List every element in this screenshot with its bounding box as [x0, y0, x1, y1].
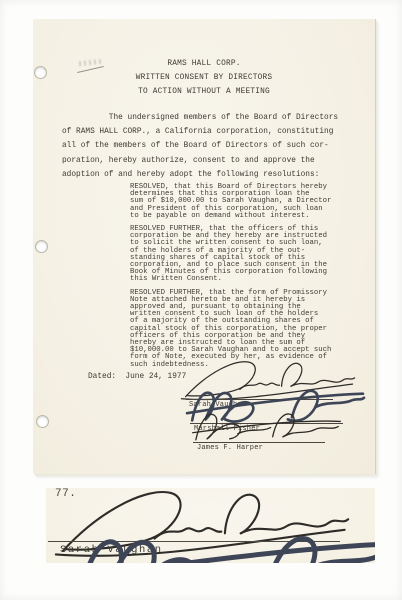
signature-line-harper	[193, 442, 325, 443]
signature-closeup-crop: 77. Sarah Vaughan	[46, 488, 375, 563]
punch-hole-top	[35, 67, 46, 78]
document-page: RAMS HALL CORP. WRITTEN CONSENT BY DIREC…	[33, 19, 375, 474]
typed-name-harper: James F. Harper	[197, 444, 263, 452]
document-title: RAMS HALL CORP. WRITTEN CONSENT BY DIREC…	[53, 57, 355, 100]
signature-marshall-fisher-closeup-partial	[68, 528, 375, 563]
intro-paragraph: The undersigned members of the Board of …	[62, 111, 358, 182]
resolutions-block: RESOLVED, that this Board of Directors h…	[130, 184, 358, 375]
dated-line: Dated: June 24, 1977	[88, 373, 186, 381]
punch-hole-middle	[36, 241, 47, 252]
signature-james-harper	[188, 405, 343, 446]
resolution-1: RESOLVED, that this Board of Directors h…	[130, 184, 358, 220]
resolution-2: RESOLVED FURTHER, that the officers of t…	[130, 226, 358, 284]
punch-hole-bottom	[37, 416, 48, 427]
